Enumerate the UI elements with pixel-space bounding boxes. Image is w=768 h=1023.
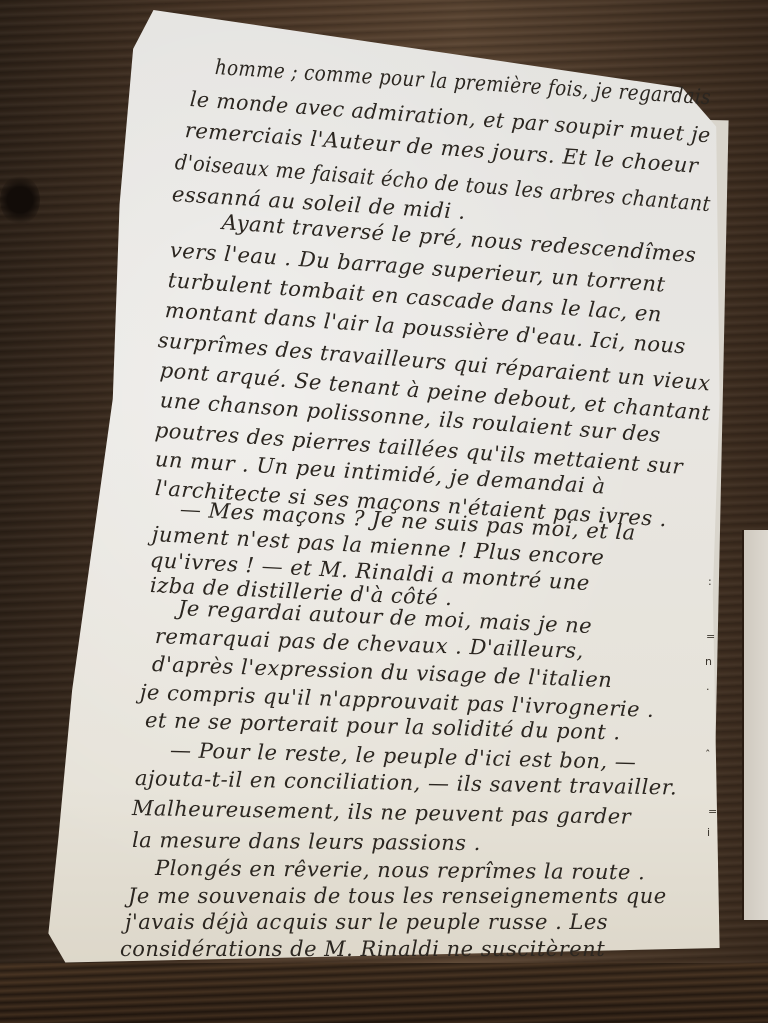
margin-mark: i bbox=[707, 826, 710, 839]
margin-mark: : bbox=[708, 575, 712, 588]
manuscript-line: Je me souvenais de tous les renseignemen… bbox=[128, 884, 667, 908]
margin-mark: . bbox=[706, 680, 710, 693]
margin-mark: ˆ bbox=[705, 748, 711, 761]
manuscript-text: homme ; comme pour la première fois, je … bbox=[0, 0, 768, 1023]
margin-mark: = bbox=[706, 630, 715, 643]
manuscript-line: considérations de M. Rinaldi ne suscitèr… bbox=[120, 937, 605, 961]
manuscript-line: j'avais déjà acquis sur le peuple russe … bbox=[125, 910, 608, 934]
manuscript-line: Plongés en rêverie, nous reprîmes la rou… bbox=[155, 856, 645, 884]
manuscript-line: Malheureusement, ils ne peuvent pas gard… bbox=[132, 796, 632, 829]
margin-mark: = bbox=[708, 805, 717, 818]
margin-mark: n bbox=[705, 655, 712, 668]
manuscript-line: la mesure dans leurs passions . bbox=[132, 828, 481, 855]
